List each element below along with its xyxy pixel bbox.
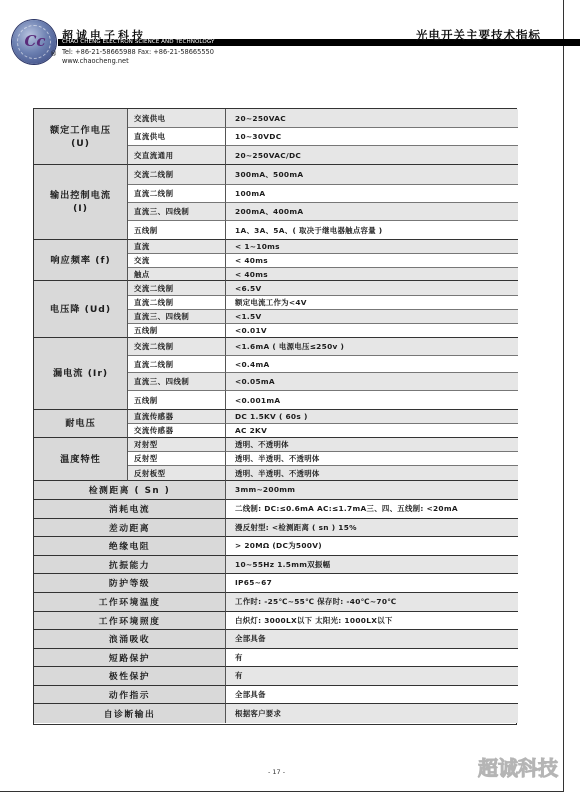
- table-row-sublabel: 交流供电: [128, 109, 226, 128]
- page-border-bottom: [0, 791, 564, 792]
- spec-value: 工作时: -25℃~55℃ 保存时: -40℃~70℃: [226, 593, 518, 612]
- spec-label: 绝缘电阻: [34, 537, 226, 556]
- table-row-value: 透明、半透明、不透明体: [226, 452, 518, 466]
- table-row-value: <0.4mA: [226, 356, 518, 373]
- group-label: 响应频率 (f): [34, 240, 128, 281]
- page-number: - 17 -: [268, 768, 285, 776]
- table-row-sublabel: 直流三、四线制: [128, 203, 226, 221]
- spec-value: 全部具备: [226, 630, 518, 649]
- table-row-sublabel: 交直流通用: [128, 146, 226, 165]
- spec-label: 工作环境照度: [34, 612, 226, 631]
- spec-value: 漫反射型: <检测距离 ( sn ) 15%: [226, 519, 518, 538]
- spec-value: 有: [226, 649, 518, 668]
- spec-value: 白炽灯: 3000LX以下 太阳光: 1000LX以下: [226, 612, 518, 631]
- table-row-sublabel: 直流三、四线制: [128, 310, 226, 324]
- table-row-value: 1A、3A、5A、( 取决于继电器触点容量 ): [226, 221, 518, 240]
- table-row-value: <1.6mA ( 电源电压≤250v ): [226, 338, 518, 356]
- table-row-sublabel: 反射型: [128, 452, 226, 466]
- website-link[interactable]: www.chaocheng.net: [62, 57, 129, 65]
- table-row-value: 20~250VAC/DC: [226, 146, 518, 165]
- spec-value: 根据客户要求: [226, 704, 518, 723]
- spec-value: 10~55Hz 1.5mm双振幅: [226, 556, 518, 575]
- logo-monogram: Cc: [20, 32, 50, 50]
- spec-label: 浪涌吸收: [34, 630, 226, 649]
- table-row-value: 透明、不透明体: [226, 438, 518, 452]
- table-row-value: <1.5V: [226, 310, 518, 324]
- spec-label: 差动距离: [34, 519, 226, 538]
- table-row-value: 20~250VAC: [226, 109, 518, 128]
- table-row-value: <0.05mA: [226, 373, 518, 391]
- table-row-value: 透明、半透明、不透明体: [226, 466, 518, 481]
- spec-label: 消耗电流: [34, 500, 226, 519]
- table-row-sublabel: 直流: [128, 240, 226, 254]
- spec-value: 3mm~200mm: [226, 481, 518, 500]
- table-row-value: DC 1.5KV ( 60s ): [226, 410, 518, 424]
- table-row-sublabel: 五线制: [128, 391, 226, 410]
- group-label-text: 电压降 (Ud): [50, 303, 111, 316]
- group-label-text: 输出控制电流: [50, 189, 111, 202]
- table-row-sublabel: 直流供电: [128, 128, 226, 146]
- group-label: 额定工作电压(U): [34, 109, 128, 165]
- table-row-sublabel: 触点: [128, 268, 226, 281]
- table-row-value: <0.001mA: [226, 391, 518, 410]
- table-row-sublabel: 直流二线制: [128, 296, 226, 310]
- table-row-sublabel: 直流二线制: [128, 356, 226, 373]
- table-row-sublabel: 五线制: [128, 324, 226, 338]
- spec-label: 自诊断输出: [34, 704, 226, 723]
- table-row-value: < 40ms: [226, 268, 518, 281]
- spec-label: 抗振能力: [34, 556, 226, 575]
- spec-label: 短路保护: [34, 649, 226, 668]
- group-label-text: 温度特性: [60, 453, 101, 466]
- spec-label: 极性保护: [34, 667, 226, 686]
- table-row-sublabel: 交流二线制: [128, 338, 226, 356]
- table-row-value: 10~30VDC: [226, 128, 518, 146]
- spec-value: IP65~67: [226, 574, 518, 593]
- table-row-value: 100mA: [226, 185, 518, 203]
- group-label: 输出控制电流(I): [34, 165, 128, 240]
- table-row-value: 300mA、500mA: [226, 165, 518, 185]
- table-row-sublabel: 直流三、四线制: [128, 373, 226, 391]
- spec-table: 额定工作电压(U)交流供电20~250VAC直流供电10~30VDC交直流通用2…: [33, 108, 517, 725]
- table-row-value: < 1~10ms: [226, 240, 518, 254]
- table-row-sublabel: 交流传感器: [128, 424, 226, 438]
- table-row-value: <0.01V: [226, 324, 518, 338]
- spec-value: 二线制: DC:≤0.6mA AC:≤1.7mA三、四、五线制: <20mA: [226, 500, 518, 519]
- company-name-en: CHAO CHENG ELECTRON SCIENCE AND TECHNOLO…: [62, 39, 214, 46]
- table-row-value: <6.5V: [226, 281, 518, 296]
- table-row-value: AC 2KV: [226, 424, 518, 438]
- table-row-sublabel: 交流二线制: [128, 165, 226, 185]
- spec-label: 防护等级: [34, 574, 226, 593]
- group-label-symbol: (U): [71, 137, 90, 150]
- spec-label: 检测距离 ( Sn ): [34, 481, 226, 500]
- group-label: 电压降 (Ud): [34, 281, 128, 338]
- watermark: 超诚科技: [478, 752, 558, 781]
- page-border-right: [563, 0, 564, 792]
- table-row-sublabel: 五线制: [128, 221, 226, 240]
- group-label-text: 耐电压: [65, 417, 96, 430]
- spec-value: > 20MΩ (DC为500V): [226, 537, 518, 556]
- table-row-value: 200mA、400mA: [226, 203, 518, 221]
- group-label: 温度特性: [34, 438, 128, 481]
- table-row-sublabel: 反射板型: [128, 466, 226, 481]
- document-title: 光电开关主要技术指标: [416, 27, 541, 43]
- registered-mark: ®: [50, 50, 57, 58]
- table-row-value: < 40ms: [226, 254, 518, 268]
- table-row-sublabel: 直流二线制: [128, 185, 226, 203]
- group-label-text: 额定工作电压: [50, 124, 111, 137]
- group-label: 耐电压: [34, 410, 128, 438]
- spec-value: 有: [226, 667, 518, 686]
- spec-label: 工作环境温度: [34, 593, 226, 612]
- table-row-value: 额定电流工作为<4V: [226, 296, 518, 310]
- table-row-sublabel: 交流: [128, 254, 226, 268]
- table-row-sublabel: 交流二线制: [128, 281, 226, 296]
- table-row-sublabel: 直流传感器: [128, 410, 226, 424]
- group-label-text: 漏电流 (Ir): [53, 367, 108, 380]
- contact-info: Tel: +86-21-58665988 Fax: +86-21-5866555…: [62, 48, 214, 56]
- group-label: 漏电流 (Ir): [34, 338, 128, 410]
- table-row-sublabel: 对射型: [128, 438, 226, 452]
- spec-value: 全部具备: [226, 686, 518, 705]
- spec-label: 动作指示: [34, 686, 226, 705]
- group-label-text: 响应频率 (f): [50, 254, 110, 267]
- group-label-symbol: (I): [73, 202, 88, 215]
